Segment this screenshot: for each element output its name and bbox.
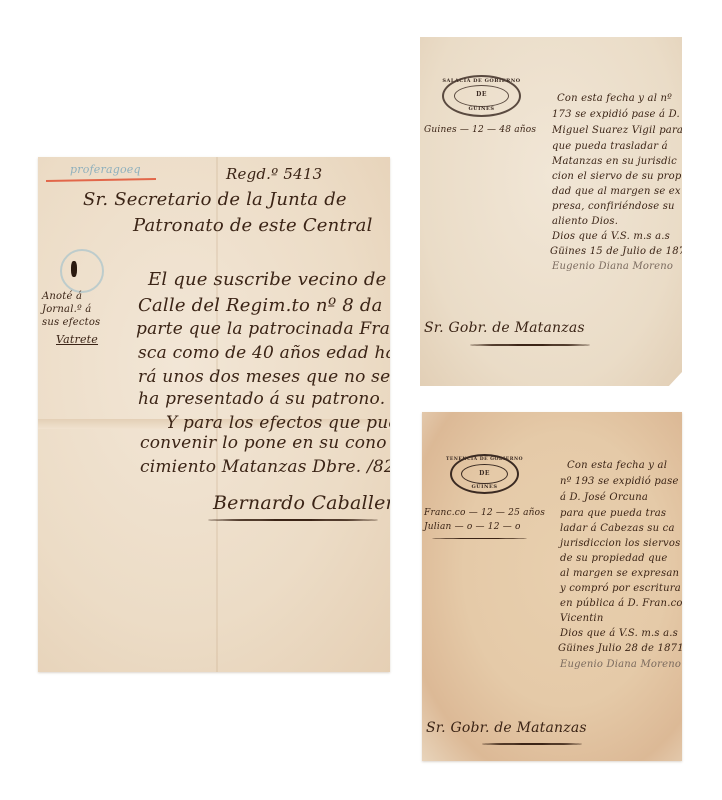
red-pencil-underline [46,178,156,182]
addressee: Sr. Gobr. de Matanzas [424,320,585,336]
body-line: ha presentado á su patrono. [138,389,385,409]
body-line: á D. José Orcuna [560,492,648,503]
body-line: Con esta fecha y al [567,460,667,471]
body-line: Con esta fecha y al nº [557,93,672,104]
body-line: y compró por escritura [560,583,681,594]
top-right-letter-sheet: SALACIA DE GOBIERNO DE GÜINES Guines — 1… [420,37,682,386]
ink-blot [71,261,77,277]
body-line: Güines 15 de Julio de 1871 [550,246,682,257]
body-line: que pueda trasladar á [552,141,668,152]
body-line: nº 193 se expidió pase [560,476,679,487]
body-line: para que pueda tras [560,508,666,519]
entry-underline [432,538,527,539]
body-line: cion el siervo de su propie [552,171,682,182]
stamp-middle-text: DE [476,91,487,98]
body-line: Dios que á V.S. m.s a.s [552,231,670,242]
blue-pencil-note: proferagoeq [70,163,141,176]
body-line: Vicentin [560,613,603,624]
slave-entry: Franc.co — 12 — 25 años [424,508,545,518]
slave-entry: Julian — o — 12 — o [424,522,521,532]
blue-ink-stamp [60,249,104,293]
addressee: Sr. Gobr. de Matanzas [426,720,587,736]
stamp-top-text: SALACIA DE GOBIERNO [442,78,520,84]
addressee-flourish [470,344,590,346]
address-line: Patronato de este Central [133,215,373,236]
body-line: cimiento Matanzas Dbre. /82 [140,457,390,477]
margin-note-line: Vatrete [56,333,98,346]
government-stamp: TENENCIA DE GOBIERNO DE GÜINES [450,454,519,494]
government-stamp: SALACIA DE GOBIERNO DE GÜINES [442,75,521,117]
body-line: Dios que á V.S. m.s a.s [560,628,678,639]
body-line: 173 se expidió pase á D. [552,109,680,120]
margin-note-line: Jornal.º á [42,304,91,315]
body-line: en pública á D. Fran.co [560,598,682,609]
slave-entry: Guines — 12 — 48 años [424,125,536,135]
stamp-bottom-text: GÜINES [472,484,498,490]
stamp-middle-text: DE [479,470,490,477]
signature: Bernardo Caballero [213,492,390,514]
body-line: Güines Julio 28 de 1871 [558,643,682,654]
signature: Eugenio Diana Moreno [560,659,681,670]
body-line: Matanzas en su jurisdic [552,156,677,167]
address-line: Sr. Secretario de la Junta de [83,189,347,210]
body-line: presa, confiriéndose su [552,201,675,212]
bottom-right-letter-sheet: TENENCIA DE GOBIERNO DE GÜINES Franc.co … [422,412,682,761]
body-line: sca como de 40 años edad ha [138,343,390,363]
left-letter-sheet: proferagoeq Regd.º 5413 Sr. Secretario d… [38,157,390,672]
margin-note-line: sus efectos [42,317,100,328]
body-line: ladar á Cabezas su ca [560,523,675,534]
registry-number: Regd.º 5413 [226,165,322,183]
body-line: aliento Dios. [552,216,618,227]
body-line: Calle del Regim.to nº 8 da [138,295,383,316]
body-line: dad que al margen se ex [552,186,681,197]
body-line: parte que la patrocinada Franci [136,319,390,339]
body-line: Y para los efectos que pueda [166,413,390,433]
body-line: de su propiedad que [560,553,667,564]
body-line: El que suscribe vecino de la [148,269,390,290]
body-line: rá unos dos meses que no se [138,367,390,387]
body-line: convenir lo pone en su cono [140,433,387,453]
stamp-bottom-text: GÜINES [469,106,495,112]
margin-note-line: Anoté á [42,291,82,302]
body-line: al margen se expresan [560,568,679,579]
stamp-top-text: TENENCIA DE GOBIERNO [446,457,523,462]
signature-flourish [208,519,378,521]
addressee-flourish [482,743,582,745]
signature: Eugenio Diana Moreno [552,261,673,272]
body-line: Miguel Suarez Vigil para [552,125,682,136]
body-line: jurisdiccion los siervos [560,538,680,549]
